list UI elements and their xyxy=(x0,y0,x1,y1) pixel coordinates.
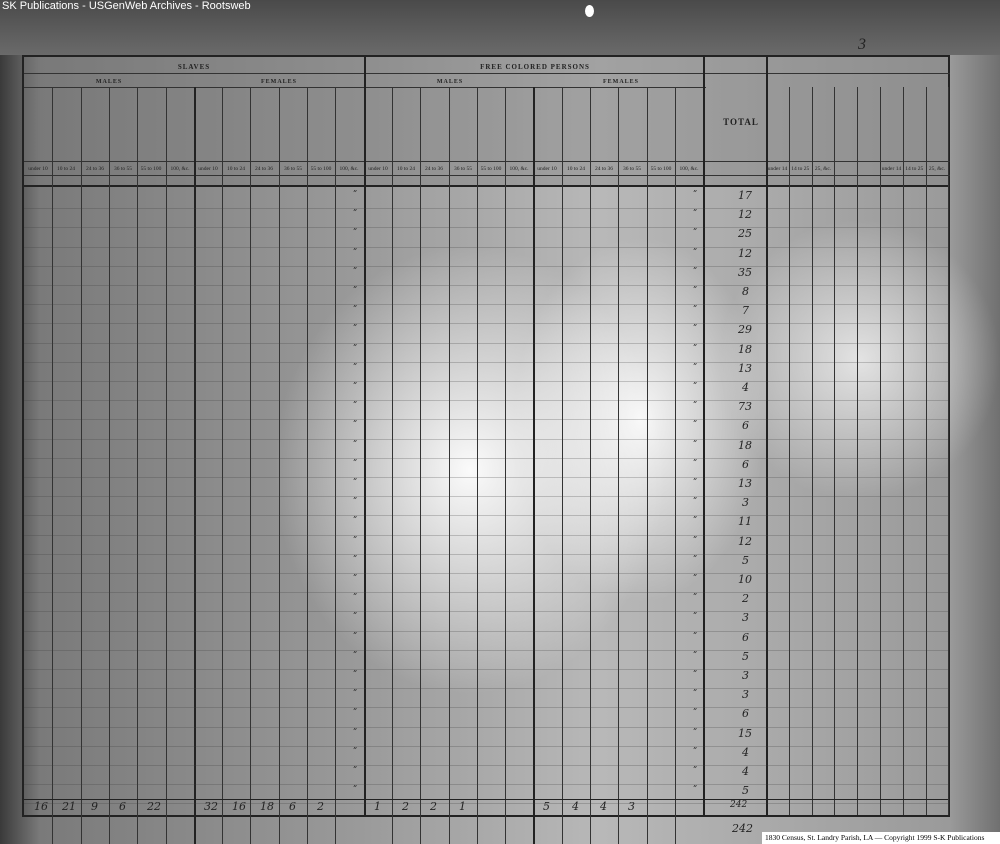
row-total: 3 xyxy=(742,611,749,624)
row-rule xyxy=(24,439,948,440)
row-rule xyxy=(24,650,948,651)
column-rule xyxy=(279,87,280,844)
column-rule xyxy=(834,87,835,815)
ditto-mark: ” xyxy=(353,247,357,256)
column-rule xyxy=(789,87,790,815)
row-total: 15 xyxy=(738,727,752,740)
column-rule xyxy=(562,87,563,844)
ditto-mark: ” xyxy=(353,573,357,582)
row-total: 6 xyxy=(742,631,749,644)
ditto-mark: ” xyxy=(693,746,697,755)
column-rule xyxy=(250,87,251,844)
row-total: 18 xyxy=(738,343,752,356)
column-rule xyxy=(420,87,421,844)
ditto-mark: ” xyxy=(353,650,357,659)
ditto-mark: ” xyxy=(693,266,697,275)
ditto-mark: ” xyxy=(353,266,357,275)
age-column-label: under 14 xyxy=(880,162,903,176)
row-rule xyxy=(24,381,948,382)
ditto-mark: ” xyxy=(353,631,357,640)
ditto-mark: ” xyxy=(353,227,357,236)
age-column-label: 100, &c. xyxy=(675,162,703,176)
ditto-mark: ” xyxy=(693,304,697,313)
ditto-mark: ” xyxy=(353,439,357,448)
age-column-label: 10 to 24 xyxy=(222,162,250,176)
age-column-label: 25, &c. xyxy=(812,162,835,176)
age-column-label: under 10 xyxy=(533,162,561,176)
column-rule xyxy=(857,87,858,815)
age-column-label: 24 to 36 xyxy=(81,162,109,176)
row-total: 17 xyxy=(738,189,752,202)
row-rule xyxy=(24,669,948,670)
row-total: 5 xyxy=(742,650,749,663)
age-column-label: under 10 xyxy=(194,162,222,176)
copyright-caption: 1830 Census, St. Landry Parish, LA — Cop… xyxy=(762,832,1000,844)
ditto-mark: ” xyxy=(693,227,697,236)
ditto-mark: ” xyxy=(353,592,357,601)
ditto-mark: ” xyxy=(693,592,697,601)
row-rule xyxy=(24,247,948,248)
column-rule xyxy=(222,87,223,844)
ditto-mark: ” xyxy=(353,208,357,217)
age-column-label: 36 to 55 xyxy=(279,162,307,176)
ditto-mark: ” xyxy=(353,189,357,198)
column-rule xyxy=(335,87,336,844)
ditto-mark: ” xyxy=(353,458,357,467)
row-rule xyxy=(24,400,948,401)
row-rule xyxy=(24,208,948,209)
free-colored-females-label: FEMALES xyxy=(536,79,706,85)
ditto-mark: ” xyxy=(693,765,697,774)
row-total: 3 xyxy=(742,496,749,509)
scan-artifact xyxy=(585,5,594,17)
slaves-section-title: SLAVES xyxy=(24,63,364,71)
ditto-mark: ” xyxy=(693,208,697,217)
row-total: 8 xyxy=(742,285,749,298)
row-rule xyxy=(24,343,948,344)
ditto-mark: ” xyxy=(693,323,697,332)
row-total: 4 xyxy=(742,746,749,759)
ditto-mark: ” xyxy=(693,362,697,371)
ditto-mark: ” xyxy=(353,535,357,544)
ditto-mark: ” xyxy=(693,439,697,448)
age-column-label: 55 to 100 xyxy=(647,162,675,176)
age-column-label: 100, &c. xyxy=(335,162,363,176)
ditto-mark: ” xyxy=(353,400,357,409)
age-column-label: 100, &c. xyxy=(505,162,533,176)
ditto-mark: ” xyxy=(693,381,697,390)
ditto-mark: ” xyxy=(693,727,697,736)
row-total: 6 xyxy=(742,419,749,432)
row-total: 29 xyxy=(738,323,752,336)
age-column-label: 100, &c. xyxy=(166,162,194,176)
column-rule xyxy=(166,87,167,844)
ditto-mark: ” xyxy=(353,323,357,332)
row-rule xyxy=(24,727,948,728)
row-total: 7 xyxy=(742,304,749,317)
ditto-mark: ” xyxy=(693,189,697,198)
row-total: 73 xyxy=(738,400,752,413)
row-total: 12 xyxy=(738,247,752,260)
column-sums-row xyxy=(24,799,948,818)
ditto-mark: ” xyxy=(693,784,697,793)
ditto-mark: ” xyxy=(693,669,697,678)
ditto-mark: ” xyxy=(353,554,357,563)
ditto-mark: ” xyxy=(353,496,357,505)
row-rule xyxy=(24,765,948,766)
ditto-mark: ” xyxy=(353,611,357,620)
age-column-label: 25, &c. xyxy=(926,162,949,176)
age-column-label: 55 to 100 xyxy=(307,162,335,176)
ditto-mark: ” xyxy=(693,247,697,256)
ditto-mark: ” xyxy=(693,496,697,505)
row-rule xyxy=(24,573,948,574)
column-rule xyxy=(618,87,619,844)
ditto-mark: ” xyxy=(353,381,357,390)
row-rule xyxy=(24,746,948,747)
column-rule xyxy=(505,87,506,844)
column-rule xyxy=(477,87,478,844)
age-column-label: 55 to 100 xyxy=(137,162,165,176)
row-rule xyxy=(24,784,948,785)
ditto-mark: ” xyxy=(693,535,697,544)
ditto-mark: ” xyxy=(693,631,697,640)
row-total: 6 xyxy=(742,458,749,471)
ditto-mark: ” xyxy=(693,554,697,563)
column-rule xyxy=(109,87,110,844)
row-rule xyxy=(24,477,948,478)
ditto-mark: ” xyxy=(353,669,357,678)
ditto-mark: ” xyxy=(353,285,357,294)
age-column-label: 24 to 36 xyxy=(250,162,278,176)
age-column-label: 14 to 25 xyxy=(789,162,812,176)
row-total: 2 xyxy=(742,592,749,605)
page-grand-total: 242 xyxy=(732,822,753,835)
row-rule xyxy=(24,688,948,689)
age-column-label: 24 to 36 xyxy=(420,162,448,176)
row-total: 25 xyxy=(738,227,752,240)
ditto-mark: ” xyxy=(693,458,697,467)
ditto-mark: ” xyxy=(353,304,357,313)
ditto-mark: ” xyxy=(353,343,357,352)
column-rule xyxy=(194,87,196,844)
ditto-mark: ” xyxy=(693,573,697,582)
column-rule xyxy=(137,87,138,844)
ditto-mark: ” xyxy=(693,419,697,428)
census-form: SLAVES MALES FEMALES FREE COLORED PERSON… xyxy=(22,55,950,817)
ditto-mark: ” xyxy=(693,400,697,409)
ditto-mark: ” xyxy=(693,688,697,697)
row-total: 4 xyxy=(742,765,749,778)
row-total: 4 xyxy=(742,381,749,394)
ditto-mark: ” xyxy=(353,688,357,697)
ditto-mark: ” xyxy=(353,784,357,793)
column-rule xyxy=(449,87,450,844)
age-column-label: 10 to 24 xyxy=(562,162,590,176)
row-rule xyxy=(24,304,948,305)
age-column-label: 36 to 55 xyxy=(618,162,646,176)
ditto-mark: ” xyxy=(353,765,357,774)
row-rule xyxy=(24,707,948,708)
row-total: 18 xyxy=(738,439,752,452)
row-total: 5 xyxy=(742,554,749,567)
ditto-mark: ” xyxy=(693,707,697,716)
row-rule xyxy=(24,419,948,420)
row-rule xyxy=(24,458,948,459)
column-rule xyxy=(675,87,676,844)
ditto-mark: ” xyxy=(353,707,357,716)
row-rule xyxy=(24,592,948,593)
row-total: 13 xyxy=(738,362,752,375)
age-column-label: under 10 xyxy=(24,162,52,176)
ditto-mark: ” xyxy=(353,746,357,755)
row-rule xyxy=(24,535,948,536)
row-total: 3 xyxy=(742,688,749,701)
row-total: 10 xyxy=(738,573,752,586)
row-rule xyxy=(24,631,948,632)
ditto-mark: ” xyxy=(353,419,357,428)
age-column-label: 10 to 24 xyxy=(392,162,420,176)
row-rule xyxy=(24,323,948,324)
header-rule xyxy=(24,73,950,74)
ditto-mark: ” xyxy=(693,611,697,620)
row-rule xyxy=(24,362,948,363)
row-rule xyxy=(24,515,948,516)
row-total: 3 xyxy=(742,669,749,682)
age-column-label: under 10 xyxy=(364,162,392,176)
column-rule xyxy=(590,87,591,844)
slaves-males-label: MALES xyxy=(24,79,194,85)
column-rule xyxy=(903,87,904,815)
ditto-mark: ” xyxy=(353,515,357,524)
ditto-mark: ” xyxy=(353,362,357,371)
column-rule xyxy=(926,87,927,815)
column-rule xyxy=(948,87,949,815)
slaves-females-label: FEMALES xyxy=(194,79,364,85)
column-rule xyxy=(392,87,393,844)
page-number: 3 xyxy=(858,36,866,54)
age-column-label: 36 to 55 xyxy=(449,162,477,176)
row-total: 5 xyxy=(742,784,749,797)
row-total: 13 xyxy=(738,477,752,490)
column-rule xyxy=(703,57,705,815)
row-rule xyxy=(24,227,948,228)
age-column-label: under 14 xyxy=(766,162,789,176)
column-rule xyxy=(812,87,813,815)
column-rule xyxy=(533,87,535,844)
row-total: 6 xyxy=(742,707,749,720)
age-column-label: 55 to 100 xyxy=(477,162,505,176)
row-total: 35 xyxy=(738,266,752,279)
free-colored-males-label: MALES xyxy=(364,79,536,85)
age-column-label: 10 to 24 xyxy=(52,162,80,176)
row-rule xyxy=(24,611,948,612)
site-title: SK Publications - USGenWeb Archives - Ro… xyxy=(2,0,251,13)
column-rule xyxy=(307,87,308,844)
row-total: 12 xyxy=(738,535,752,548)
column-rule xyxy=(81,87,82,844)
row-rule xyxy=(24,554,948,555)
row-total: 11 xyxy=(738,515,752,528)
column-rule xyxy=(880,87,881,815)
total-column-label: TOTAL xyxy=(716,117,766,127)
ditto-mark: ” xyxy=(693,343,697,352)
age-column-label: 36 to 55 xyxy=(109,162,137,176)
age-column-label: 14 to 25 xyxy=(903,162,926,176)
row-rule xyxy=(24,266,948,267)
ditto-mark: ” xyxy=(693,515,697,524)
row-rule xyxy=(24,285,948,286)
ditto-mark: ” xyxy=(693,650,697,659)
row-total: 12 xyxy=(738,208,752,221)
free-colored-section-title: FREE COLORED PERSONS xyxy=(364,63,706,71)
ditto-mark: ” xyxy=(693,477,697,486)
column-rule xyxy=(647,87,648,844)
age-column-label: 24 to 36 xyxy=(590,162,618,176)
ditto-mark: ” xyxy=(353,727,357,736)
row-rule xyxy=(24,496,948,497)
ditto-mark: ” xyxy=(353,477,357,486)
column-rule xyxy=(52,87,53,844)
ditto-mark: ” xyxy=(693,285,697,294)
